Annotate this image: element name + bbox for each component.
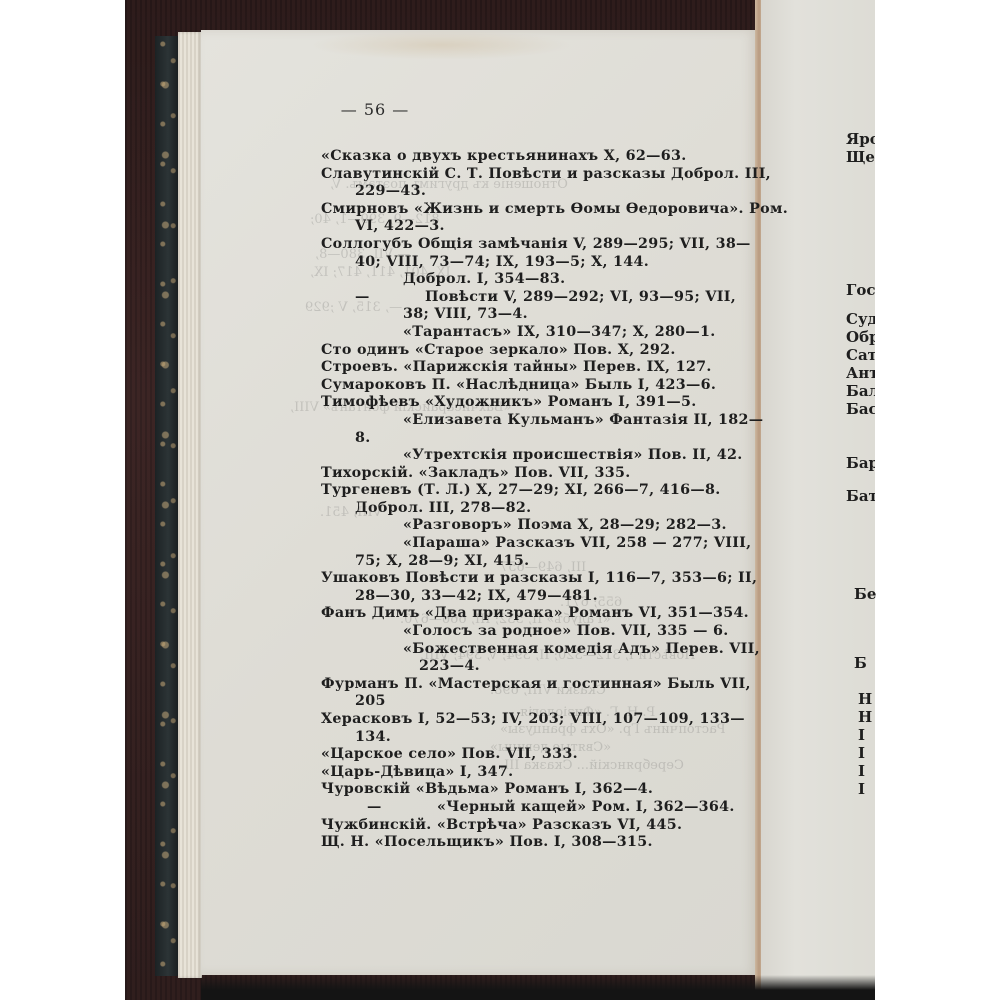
entry-text: Фурманъ П. «Мастерская и гостинная» Быль… bbox=[321, 676, 751, 692]
entry-text: Доброл. III, 278—82. bbox=[355, 500, 531, 516]
right-page-fragment: Сат bbox=[846, 346, 875, 364]
index-entry-line: «Елизавета Кульманъ» Фантазія II, 182— bbox=[321, 412, 711, 430]
entry-text: Щ. Н. «Посельщикъ» Пов. I, 308—315. bbox=[321, 834, 653, 850]
water-stain bbox=[311, 30, 571, 60]
index-entry-line: Сто одинъ «Старое зеркало» Пов. X, 292. bbox=[321, 342, 711, 360]
page-number: — 56 — bbox=[325, 100, 425, 119]
entry-text: Сумароковъ П. «Наслѣдница» Быль I, 423—6… bbox=[321, 377, 716, 393]
index-entry-line: Соллогубъ Общія замѣчанія V, 289—295; VI… bbox=[321, 236, 711, 254]
right-page-fragment: Н bbox=[858, 690, 887, 708]
index-entry-line: 38; VIII, 73—4. bbox=[321, 306, 711, 324]
index-entry-line: «Тарантасъ» IX, 310—347; X, 280—1. bbox=[321, 324, 711, 342]
entry-text: Чужбинскій. «Встрѣча» Разсказъ VI, 445. bbox=[321, 817, 682, 833]
index-entry-line: Строевъ. «Парижскія тайны» Перев. IX, 12… bbox=[321, 359, 711, 377]
entry-text: Фанъ Димъ «Два призрака» Романъ VI, 351—… bbox=[321, 605, 749, 621]
entry-text: 40; VIII, 73—74; IX, 193—5; X, 144. bbox=[355, 254, 649, 270]
index-entry-line: Тургеневъ (Т. Л.) X, 27—29; XI, 266—7, 4… bbox=[321, 482, 711, 500]
index-entries: «Сказка о двухъ крестьянинахъ X, 62—63.С… bbox=[321, 148, 711, 852]
entry-text: Славутинскій С. Т. Повѣсти и разсказы До… bbox=[321, 166, 771, 182]
index-entry-line: 229—43. bbox=[321, 183, 711, 201]
index-entry-line: Чуровскій «Вѣдьма» Романъ I, 362—4. bbox=[321, 781, 711, 799]
entry-text: «Елизавета Кульманъ» Фантазія II, 182— bbox=[403, 412, 763, 428]
index-entry-line: Фурманъ П. «Мастерская и гостинная» Быль… bbox=[321, 676, 711, 694]
bottom-shadow bbox=[201, 975, 875, 1000]
index-entry-line: 75; X, 28—9; XI, 415. bbox=[321, 553, 711, 571]
index-entry-line: 223—4. bbox=[321, 658, 711, 676]
page-stack-edge bbox=[178, 32, 202, 978]
index-entry-line: 134. bbox=[321, 729, 711, 747]
index-entry-line: —«Черный кащей» Ром. I, 362—364. bbox=[321, 799, 711, 817]
entry-text: Херасковъ I, 52—53; IV, 203; VIII, 107—1… bbox=[321, 711, 745, 727]
index-entry-line: «Сказка о двухъ крестьянинахъ X, 62—63. bbox=[321, 148, 711, 166]
entry-text: Сто одинъ «Старое зеркало» Пов. X, 292. bbox=[321, 342, 676, 358]
index-entry-line: «Божественная комедія Адъ» Перев. VII, bbox=[321, 641, 711, 659]
index-entry-line: VI, 422—3. bbox=[321, 218, 711, 236]
entry-text: «Царское село» Пов. VII, 333. bbox=[321, 746, 578, 762]
entry-text: VI, 422—3. bbox=[355, 218, 445, 234]
entry-text: 38; VIII, 73—4. bbox=[403, 306, 528, 322]
right-page-fragment: I bbox=[858, 780, 887, 798]
entry-text: 134. bbox=[355, 729, 391, 745]
index-entry-line: —Повѣсти V, 289—292; VI, 93—95; VII, bbox=[321, 289, 711, 307]
ditto-dash: — bbox=[355, 289, 425, 307]
right-page-fragment: Бар bbox=[846, 454, 875, 472]
index-entry-line: 8. bbox=[321, 430, 711, 448]
index-entry-line: 28—30, 33—42; IX, 479—481. bbox=[321, 588, 711, 606]
ditto-dash: — bbox=[367, 799, 437, 817]
entry-text: «Царь-Дѣвица» I, 347. bbox=[321, 764, 513, 780]
entry-text: 8. bbox=[355, 430, 371, 446]
index-entry-line: Сумароковъ П. «Наслѣдница» Быль I, 423—6… bbox=[321, 377, 711, 395]
entry-text: «Черный кащей» Ром. I, 362—364. bbox=[437, 799, 735, 815]
right-page-fragment: Щед bbox=[846, 148, 875, 166]
index-entry-line: «Разговоръ» Поэма X, 28—29; 282—3. bbox=[321, 517, 711, 535]
right-page-fragment: Бал bbox=[846, 382, 875, 400]
index-entry-line: «Голосъ за родное» Пов. VII, 335 — 6. bbox=[321, 623, 711, 641]
entry-text: 205 bbox=[355, 693, 386, 709]
entry-text: Ушаковъ Повѣсти и разсказы I, 116—7, 353… bbox=[321, 570, 757, 586]
index-entry-line: Фанъ Димъ «Два призрака» Романъ VI, 351—… bbox=[321, 605, 711, 623]
entry-text: «Утрехтскія происшествія» Пов. II, 42. bbox=[403, 447, 743, 463]
entry-text: Тимофѣевъ «Художникъ» Романъ I, 391—5. bbox=[321, 394, 697, 410]
entry-text: Соллогубъ Общія замѣчанія V, 289—295; VI… bbox=[321, 236, 751, 252]
entry-text: 229—43. bbox=[355, 183, 426, 199]
right-page-fragment: Бат bbox=[846, 487, 875, 505]
index-entry-line: 40; VIII, 73—74; IX, 193—5; X, 144. bbox=[321, 254, 711, 272]
entry-text: «Параша» Разсказъ VII, 258 — 277; VIII, bbox=[403, 535, 751, 551]
right-page-fragment: Бас bbox=[846, 400, 875, 418]
index-entry-line: Доброл. I, 354—83. bbox=[321, 271, 711, 289]
index-entry-line: «Параша» Разсказъ VII, 258 — 277; VIII, bbox=[321, 535, 711, 553]
entry-text: «Сказка о двухъ крестьянинахъ X, 62—63. bbox=[321, 148, 687, 164]
index-entry-line: Доброл. III, 278—82. bbox=[321, 500, 711, 518]
index-entry-line: Славутинскій С. Т. Повѣсти и разсказы До… bbox=[321, 166, 711, 184]
right-page-fragment: Бе bbox=[854, 585, 883, 603]
entry-text: «Божественная комедія Адъ» Перев. VII, bbox=[403, 641, 760, 657]
right-page-fragment: Яро bbox=[846, 130, 875, 148]
right-page-fragment: I bbox=[858, 726, 887, 744]
index-entry-line: Тихорскій. «Закладъ» Пов. VII, 335. bbox=[321, 465, 711, 483]
entry-text: «Голосъ за родное» Пов. VII, 335 — 6. bbox=[403, 623, 729, 639]
entry-text: Чуровскій «Вѣдьма» Романъ I, 362—4. bbox=[321, 781, 653, 797]
index-entry-line: Херасковъ I, 52—53; IV, 203; VIII, 107—1… bbox=[321, 711, 711, 729]
right-page-fragment: I bbox=[858, 744, 887, 762]
right-page-fragment: Обр bbox=[846, 328, 875, 346]
index-entry-line: Щ. Н. «Посельщикъ» Пов. I, 308—315. bbox=[321, 834, 711, 852]
right-page-fragment: Гос bbox=[846, 281, 875, 299]
index-entry-line: Тимофѣевъ «Художникъ» Романъ I, 391—5. bbox=[321, 394, 711, 412]
entry-text: «Разговоръ» Поэма X, 28—29; 282—3. bbox=[403, 517, 727, 533]
right-page-fragment: I bbox=[858, 762, 887, 780]
entry-text: Тургеневъ (Т. Л.) X, 27—29; XI, 266—7, 4… bbox=[321, 482, 721, 498]
index-entry-line: Смирновъ «Жизнь и смерть Ѳомы Ѳедоровича… bbox=[321, 201, 711, 219]
index-entry-line: «Утрехтскія происшествія» Пов. II, 42. bbox=[321, 447, 711, 465]
index-entry-line: 205 bbox=[321, 693, 711, 711]
index-entry-line: «Царь-Дѣвица» I, 347. bbox=[321, 764, 711, 782]
entry-text: 28—30, 33—42; IX, 479—481. bbox=[355, 588, 598, 604]
entry-text: 223—4. bbox=[419, 658, 480, 674]
index-entry-line: Чужбинскій. «Встрѣча» Разсказъ VI, 445. bbox=[321, 817, 711, 835]
entry-text: Смирновъ «Жизнь и смерть Ѳомы Ѳедоровича… bbox=[321, 201, 788, 217]
right-page-fragment: Н bbox=[858, 708, 887, 726]
right-page-fragment: Суд bbox=[846, 310, 875, 328]
right-page-fragment: Ант bbox=[846, 364, 875, 382]
entry-text: Тихорскій. «Закладъ» Пов. VII, 335. bbox=[321, 465, 631, 481]
entry-text: Повѣсти V, 289—292; VI, 93—95; VII, bbox=[425, 289, 736, 305]
index-entry-line: «Царское село» Пов. VII, 333. bbox=[321, 746, 711, 764]
entry-text: Строевъ. «Парижскія тайны» Перев. IX, 12… bbox=[321, 359, 712, 375]
right-page-fragment: Б bbox=[854, 654, 883, 672]
entry-text: «Тарантасъ» IX, 310—347; X, 280—1. bbox=[403, 324, 716, 340]
entry-text: 75; X, 28—9; XI, 415. bbox=[355, 553, 529, 569]
entry-text: Доброл. I, 354—83. bbox=[403, 271, 565, 287]
index-entry-line: Ушаковъ Повѣсти и разсказы I, 116—7, 353… bbox=[321, 570, 711, 588]
